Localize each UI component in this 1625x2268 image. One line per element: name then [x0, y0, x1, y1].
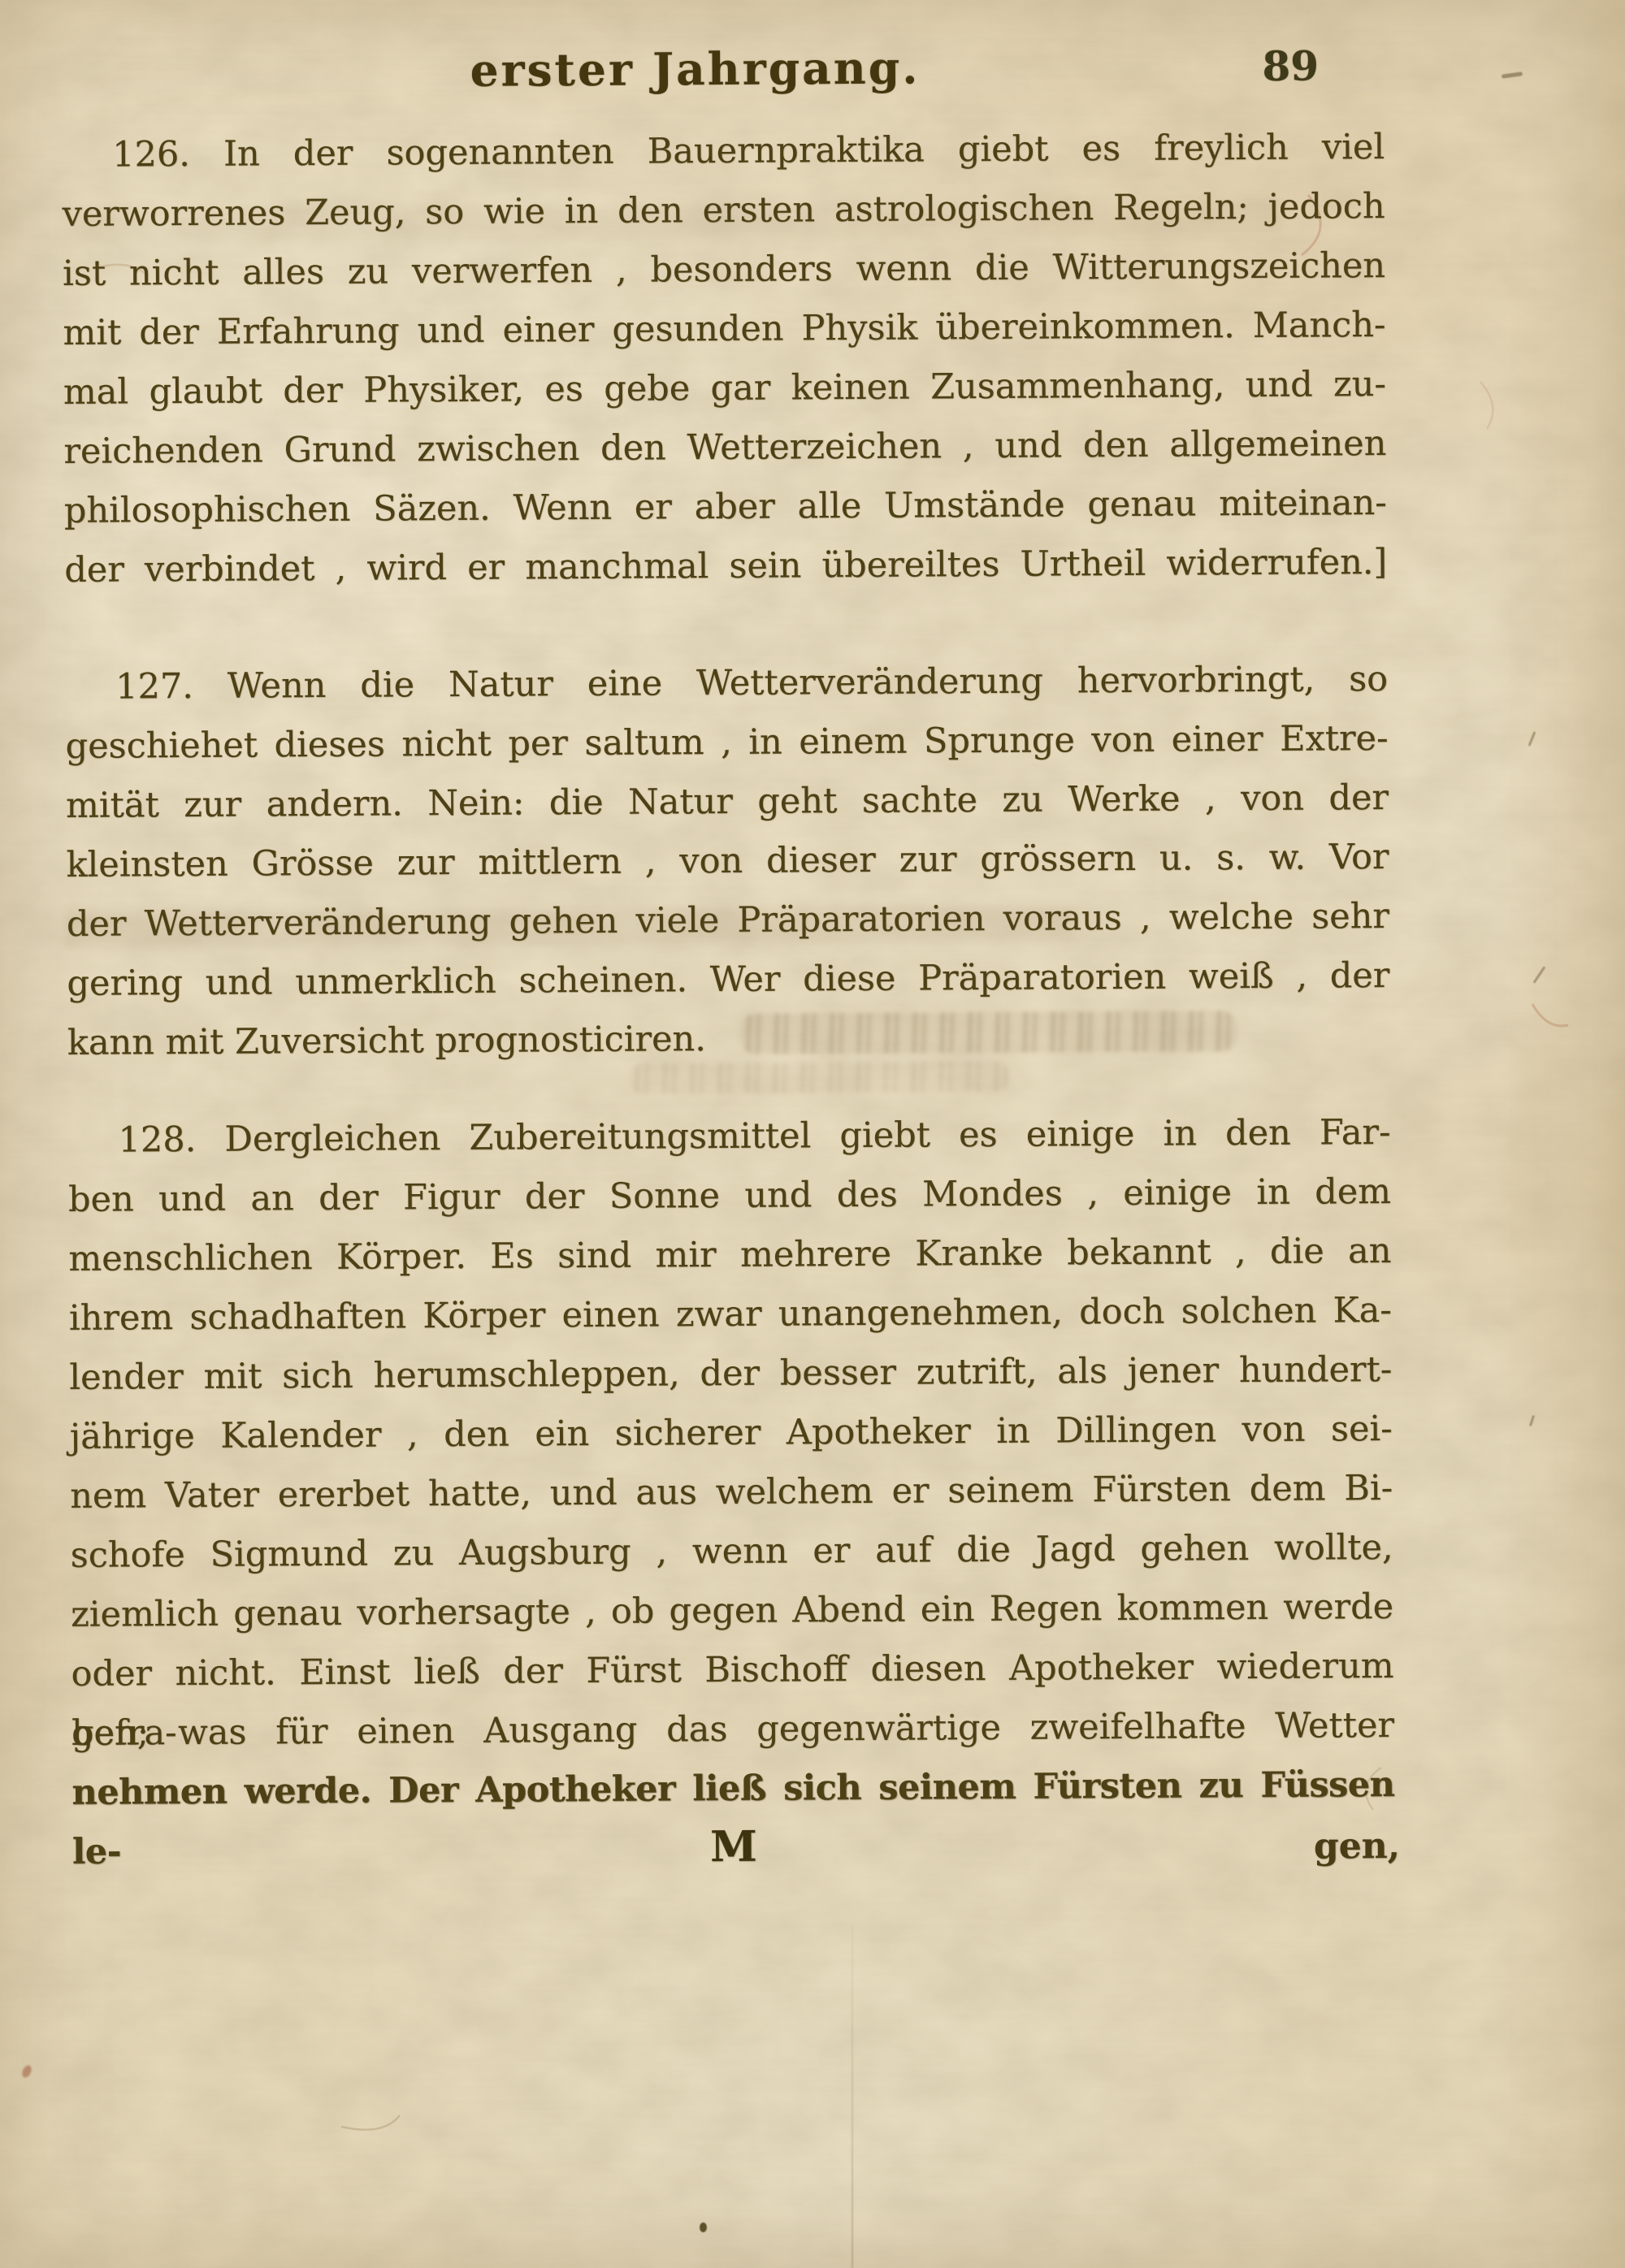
- ink-speck: [700, 2223, 707, 2232]
- text-line: ziemlich genau vorhersagte , ob gegen Ab…: [71, 1578, 1393, 1645]
- text-line: jährige Kalender , den ein sicherer Apot…: [70, 1400, 1393, 1467]
- running-title: erster Jahrgang.: [61, 38, 1328, 99]
- page-edge-shading: [1495, 0, 1625, 2268]
- paper-fleck: [20, 2064, 33, 2080]
- margin-pen-stroke: [1528, 731, 1536, 747]
- text-line: oder nicht. Einst ließ der Fürst Bischof…: [71, 1637, 1393, 1704]
- text-line: nem Vater ererbet hatte, und aus welchem…: [70, 1459, 1393, 1526]
- text-line: gering und unmerklich scheinen. Wer dies…: [67, 946, 1389, 1014]
- text-line: mit der Erfahrung und einer gesunden Phy…: [63, 296, 1385, 363]
- paragraph-127: 127. Wenn die Natur eine Wetterveränderu…: [65, 650, 1390, 1073]
- paper-crease: [851, 1925, 853, 2268]
- text-line: reichenden Grund zwischen den Wetterzeic…: [63, 414, 1386, 482]
- text-line: ben und an der Figur der Sonne und des M…: [68, 1162, 1391, 1230]
- text-line: ist nicht alles zu verwerfen , besonders…: [63, 236, 1385, 304]
- text-line: nehmen werde. Der Apotheker ließ sich se…: [71, 1755, 1394, 1823]
- text-line: ihrem schadhaften Körper einen zwar unan…: [69, 1281, 1392, 1348]
- text-line: lender mit sich herumschleppen, der bess…: [69, 1340, 1392, 1408]
- text-line: schofe Sigmund zu Augsburg , wenn er auf…: [70, 1518, 1393, 1586]
- paragraph-126: 126. In der sogenannten Bauernpraktika g…: [62, 118, 1388, 600]
- printed-text-block: erster Jahrgang. 89 126. In der sogenann…: [61, 0, 1397, 2268]
- margin-pen-stroke: [1529, 1415, 1535, 1426]
- catchword: gen,: [1314, 1825, 1400, 1868]
- text-line: mal glaubt der Physiker, es gebe gar kei…: [63, 355, 1386, 422]
- signature-mark: M: [72, 1818, 1395, 1876]
- scanned-book-page: erster Jahrgang. 89 126. In der sogenann…: [0, 0, 1625, 2268]
- text-line: 127. Wenn die Natur eine Wetterveränderu…: [65, 650, 1388, 717]
- margin-pen-stroke: [1533, 966, 1546, 984]
- text-line: kann mit Zuversicht prognosticiren.: [67, 1006, 1390, 1073]
- paragraph-128: 128. Dergleichen Zubereitungsmittel gieb…: [67, 1103, 1394, 1823]
- text-line: geschiehet dieses nicht per saltum , in …: [65, 709, 1388, 777]
- page-number: 89: [1262, 42, 1319, 90]
- text-line: menschlichen Körper. Es sind mir mehrere…: [68, 1222, 1391, 1289]
- text-line: 126. In der sogenannten Bauernpraktika g…: [62, 118, 1384, 185]
- text-line: philosophischen Säzen. Wenn er aber alle…: [64, 474, 1387, 541]
- text-line: mität zur andern. Nein: die Natur geht s…: [66, 768, 1389, 836]
- text-line: kleinsten Grösse zur mittlern , von dies…: [66, 828, 1389, 895]
- margin-dash-mark: [1501, 71, 1523, 79]
- text-line: verworrenes Zeug, so wie in den ersten a…: [62, 177, 1384, 245]
- text-line: 128. Dergleichen Zubereitungsmittel gieb…: [67, 1103, 1390, 1171]
- text-line: der Wetterveränderung gehen viele Präpar…: [67, 887, 1389, 954]
- text-line: gen; was für einen Ausgang das gegenwärt…: [71, 1696, 1394, 1764]
- text-line: der verbindet , wird er manchmal sein üb…: [64, 533, 1387, 600]
